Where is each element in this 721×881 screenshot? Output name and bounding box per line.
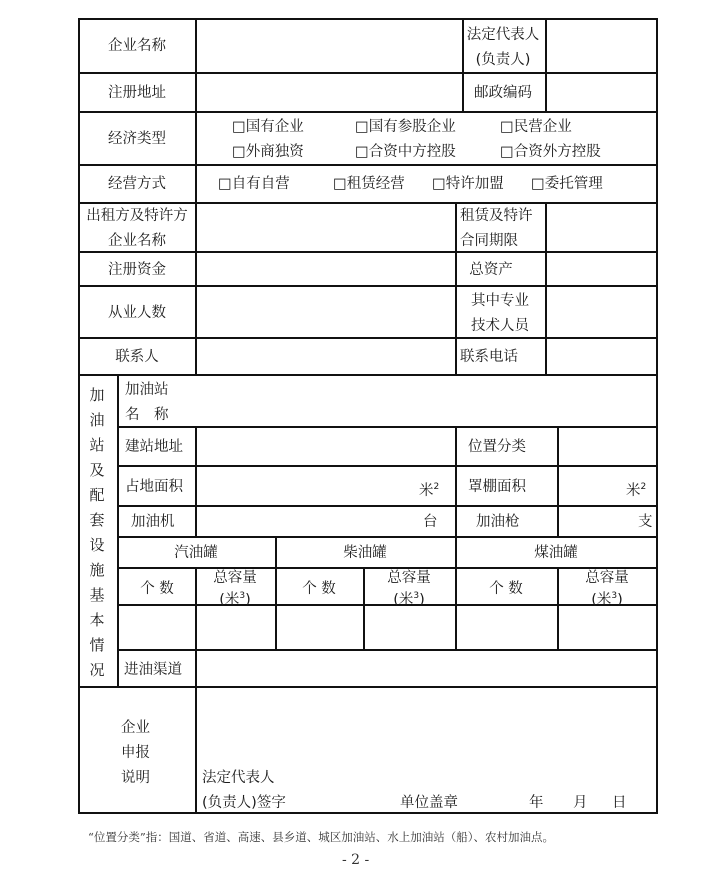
declaration-label-line1: 企业 xyxy=(121,719,150,737)
contact-label: 联系人 xyxy=(115,348,159,366)
gasoline-capacity-header: 总容量 xyxy=(213,569,257,587)
land-area-unit: 米2 xyxy=(419,478,439,500)
lessor-label-line1: 出租方及特许方 xyxy=(86,207,188,225)
business-mode-option-entrusted[interactable]: □委托管理 xyxy=(531,175,603,193)
business-mode-option-franchise[interactable]: □特许加盟 xyxy=(432,175,504,193)
lease-term-label-line2: 合同期限 xyxy=(460,232,518,250)
professional-staff-field[interactable] xyxy=(547,287,655,337)
kerosene-capacity-header: 总容量 xyxy=(585,569,629,587)
sign-label-line2: (负责人)签字 xyxy=(202,794,286,812)
employees-label: 从业人数 xyxy=(108,304,166,322)
declaration-label-line3: 说明 xyxy=(121,769,150,787)
declaration-field[interactable] xyxy=(197,688,655,768)
contact-field[interactable] xyxy=(197,339,454,374)
land-area-label: 占地面积 xyxy=(125,478,183,496)
kerosene-count-field[interactable] xyxy=(457,606,557,649)
business-mode-label: 经营方式 xyxy=(108,175,166,193)
reg-capital-field[interactable] xyxy=(197,253,454,285)
lessor-field[interactable] xyxy=(197,204,454,251)
professional-staff-label-line1: 其中专业 xyxy=(471,292,529,310)
seal-label: 单位盖章 xyxy=(400,794,458,812)
legal-rep-label-line2: (负责人) xyxy=(476,51,531,69)
lease-term-label-line1: 租赁及特许 xyxy=(460,207,533,225)
econ-type-option-private[interactable]: □民营企业 xyxy=(500,118,572,136)
lease-term-field[interactable] xyxy=(547,204,655,251)
location-class-label: 位置分类 xyxy=(468,438,526,456)
station-address-field[interactable] xyxy=(197,428,454,465)
reg-address-label: 注册地址 xyxy=(108,84,166,102)
footnote: “位置分类”指：国道、省道、高速、县乡道、城区加油站、水上加油站（船）、农村加油… xyxy=(88,829,554,845)
station-address-label: 建站地址 xyxy=(125,438,183,456)
gasoline-count-header: 个 数 xyxy=(140,580,174,598)
business-mode-option-leased[interactable]: □租赁经营 xyxy=(333,175,405,193)
professional-staff-label-line2: 技术人员 xyxy=(471,317,529,335)
dispenser-unit: 台 xyxy=(423,513,438,531)
phone-label: 联系电话 xyxy=(460,348,518,366)
station-section-label: 加 油 站 及 配 套 设 施 基 本 情 况 xyxy=(88,383,106,683)
reg-address-field[interactable] xyxy=(197,74,461,111)
business-mode-option-self-operated[interactable]: □自有自营 xyxy=(218,175,290,193)
gasoline-count-field[interactable] xyxy=(119,606,195,649)
dispenser-label: 加油机 xyxy=(131,513,175,531)
phone-field[interactable] xyxy=(547,339,655,374)
nozzle-label: 加油枪 xyxy=(476,513,520,531)
canopy-area-unit: 米2 xyxy=(626,478,646,500)
gasoline-capacity-field[interactable] xyxy=(197,606,275,649)
supply-channel-field[interactable] xyxy=(197,651,655,686)
diesel-count-header: 个 数 xyxy=(302,580,336,598)
econ-type-option-foreign-owned[interactable]: □外商独资 xyxy=(232,143,304,161)
kerosene-capacity-field[interactable] xyxy=(559,606,655,649)
reg-capital-label: 注册资金 xyxy=(108,261,166,279)
total-assets-field[interactable] xyxy=(547,253,655,285)
day-label: 日 xyxy=(612,794,627,812)
postal-code-label: 邮政编码 xyxy=(474,84,532,102)
station-name-label-line2: 名 称 xyxy=(125,406,169,424)
land-area-field[interactable] xyxy=(197,467,454,505)
econ-type-option-jv-foreign-controlled[interactable]: □合资外方控股 xyxy=(500,143,601,161)
station-name-field[interactable] xyxy=(197,376,655,426)
diesel-count-field[interactable] xyxy=(277,606,363,649)
employees-field[interactable] xyxy=(197,287,454,337)
nozzle-unit: 支 xyxy=(638,513,653,531)
year-label: 年 xyxy=(529,794,544,812)
page-number: - 2 - xyxy=(342,852,369,868)
legal-rep-field[interactable] xyxy=(547,20,655,72)
declaration-label-line2: 申报 xyxy=(121,744,150,762)
total-assets-label: 总资产 xyxy=(469,261,513,279)
kerosene-count-header: 个 数 xyxy=(489,580,523,598)
gasoline-tank-header: 汽油罐 xyxy=(174,544,218,562)
econ-type-option-jv-chinese-controlled[interactable]: □合资中方控股 xyxy=(355,143,456,161)
sign-label-line1: 法定代表人 xyxy=(202,769,275,787)
canopy-area-label: 罩棚面积 xyxy=(468,478,526,496)
lessor-label-line2: 企业名称 xyxy=(108,232,166,250)
enterprise-name-field[interactable] xyxy=(197,20,461,72)
legal-rep-label-line1: 法定代表人 xyxy=(467,26,540,44)
diesel-capacity-header: 总容量 xyxy=(387,569,431,587)
supply-channel-label: 进油渠道 xyxy=(124,661,182,679)
location-class-field[interactable] xyxy=(559,428,655,465)
station-name-label-line1: 加油站 xyxy=(125,381,169,399)
econ-type-label: 经济类型 xyxy=(108,130,166,148)
econ-type-option-state-shareholding[interactable]: □国有参股企业 xyxy=(355,118,456,136)
econ-type-option-state-owned[interactable]: □国有企业 xyxy=(232,118,304,136)
enterprise-name-label: 企业名称 xyxy=(108,37,166,55)
dispenser-count-field[interactable] xyxy=(197,507,454,536)
month-label: 月 xyxy=(573,794,588,812)
diesel-tank-header: 柴油罐 xyxy=(343,544,387,562)
diesel-capacity-field[interactable] xyxy=(365,606,455,649)
kerosene-tank-header: 煤油罐 xyxy=(534,544,578,562)
postal-code-field[interactable] xyxy=(547,74,655,111)
